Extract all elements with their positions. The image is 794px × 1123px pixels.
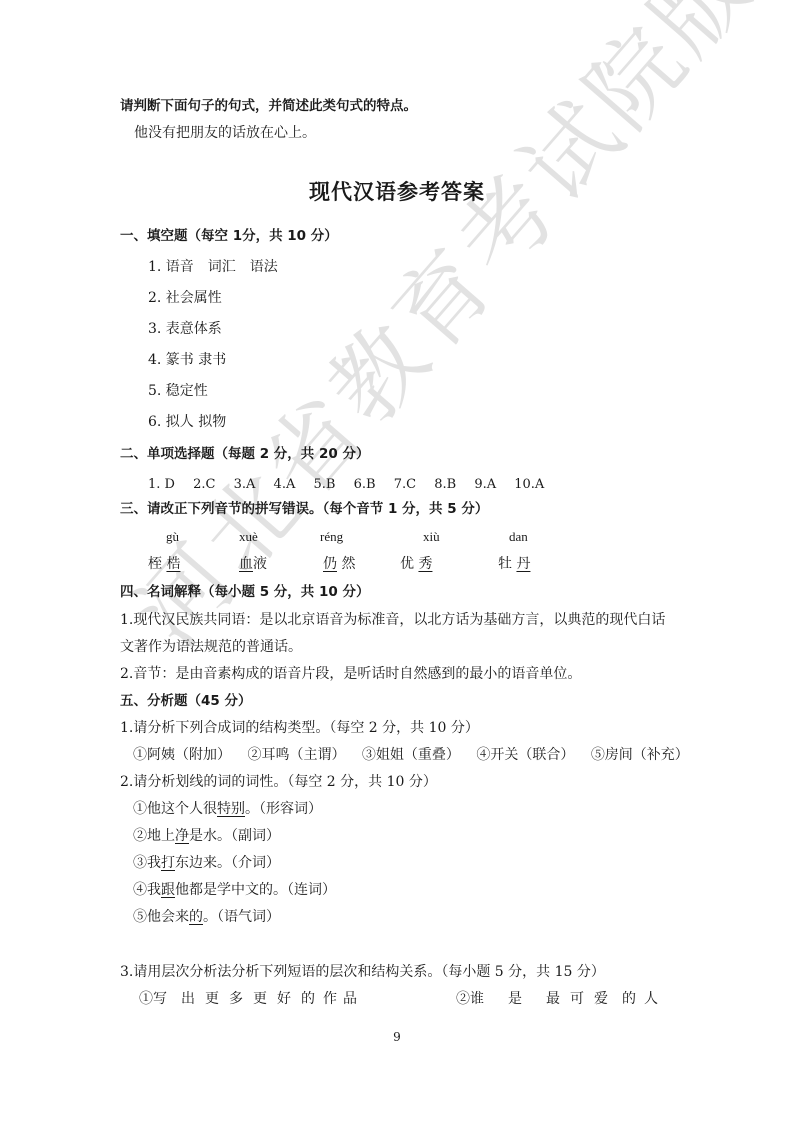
q1-answer-5: ⑤房间（补充） <box>591 746 689 764</box>
pinyin-3: réng <box>320 529 343 545</box>
section1-item-3: 3. 表意体系 <box>148 320 222 338</box>
answer-1: 1. D <box>148 476 175 494</box>
definition-1-line-2: 文著作为语法规范的普通话。 <box>120 638 302 656</box>
q2-item-1: ①他这个人很特别。（形容词） <box>133 800 322 818</box>
section3-heading: 三、请改正下列音节的拼写错误。（每个音节 1 分，共 5 分） <box>120 500 488 518</box>
q3-prompt: 3.请用层次分析法分析下列短语的层次和结构关系。（每小题 5 分，共 15 分） <box>120 963 605 981</box>
answer-3: 3.A <box>234 476 256 494</box>
answer-10: 10.A <box>514 476 544 494</box>
answer-9: 9.A <box>474 476 496 494</box>
syllable-word-3: 仍 然 <box>323 555 355 573</box>
section2-answers: 1. D 2.C 3.A 4.A 5.B 6.B 7.C 8.B 9.A 10.… <box>148 476 558 494</box>
section5-heading: 五、分析题（45 分） <box>120 692 252 710</box>
section1-item-4: 4. 篆书 隶书 <box>148 351 226 369</box>
q2-item-3: ③我打东边来。（介词） <box>133 854 280 872</box>
q3-phrase-1: ①写出更多更好的作品 <box>139 990 363 1008</box>
answer-4: 4.A <box>274 476 296 494</box>
document-page: 河北省教育考试院版权所有 请判断下面句子的句式，并简述此类句式的特点。 他没有把… <box>0 0 794 1123</box>
answer-2: 2.C <box>193 476 215 494</box>
pinyin-1: gù <box>166 529 179 545</box>
q1-answers: ①阿姨（附加） ②耳鸣（主谓） ③姐姐（重叠） ④开关（联合） ⑤房间（补充） <box>133 746 701 764</box>
definition-1-line-1: 1.现代汉民族共同语：是以北京语音为标准音，以北方话为基础方言，以典范的现代白话 <box>120 611 665 629</box>
pinyin-5: dan <box>509 529 528 545</box>
answer-8: 8.B <box>434 476 456 494</box>
answer-7: 7.C <box>394 476 416 494</box>
syllable-word-2: 血液 <box>239 555 267 573</box>
answer-6: 6.B <box>354 476 376 494</box>
q2-prompt: 2.请分析划线的词的词性。（每空 2 分，共 10 分） <box>120 773 437 791</box>
definition-2: 2.音节：是由音素构成的语音片段，是听话时自然感到的最小的语音单位。 <box>120 665 581 683</box>
q1-prompt: 1.请分析下列合成词的结构类型。（每空 2 分，共 10 分） <box>120 719 479 737</box>
previous-question-sentence: 他没有把朋友的话放在心上。 <box>134 124 316 142</box>
syllable-word-4: 优 秀 <box>400 555 432 573</box>
q2-item-2: ②地上净是水。（副词） <box>133 827 280 845</box>
section1-item-1: 1. 语音 词汇 语法 <box>148 258 278 276</box>
q3-phrase-2: ②谁是最可爱的人 <box>456 990 664 1008</box>
q2-item-5: ⑤他会来的。（语气词） <box>133 908 280 926</box>
section1-heading: 一、填空题（每空 1分，共 10 分） <box>120 227 338 245</box>
page-number: 9 <box>0 1030 794 1044</box>
pinyin-2: xuè <box>239 529 258 545</box>
syllable-word-1: 桎 梏 <box>148 555 180 573</box>
q2-item-4: ④我跟他都是学中文的。（连词） <box>133 881 336 899</box>
previous-question-prompt: 请判断下面句子的句式，并简述此类句式的特点。 <box>120 97 417 115</box>
answer-5: 5.B <box>313 476 335 494</box>
q1-answer-2: ②耳鸣（主谓） <box>247 746 345 764</box>
section1-item-5: 5. 稳定性 <box>148 382 208 400</box>
syllable-word-5: 牡 丹 <box>498 555 530 573</box>
section1-item-6: 6. 拟人 拟物 <box>148 413 226 431</box>
q1-answer-3: ③姐姐（重叠） <box>362 746 460 764</box>
q1-answer-4: ④开关（联合） <box>476 746 574 764</box>
section4-heading: 四、名词解释（每小题 5 分，共 10 分） <box>120 583 369 601</box>
pinyin-4: xiù <box>423 529 440 545</box>
q1-answer-1: ①阿姨（附加） <box>133 746 231 764</box>
section2-heading: 二、单项选择题（每题 2 分，共 20 分） <box>120 445 369 463</box>
page-title: 现代汉语参考答案 <box>0 178 794 206</box>
section1-item-2: 2. 社会属性 <box>148 289 222 307</box>
